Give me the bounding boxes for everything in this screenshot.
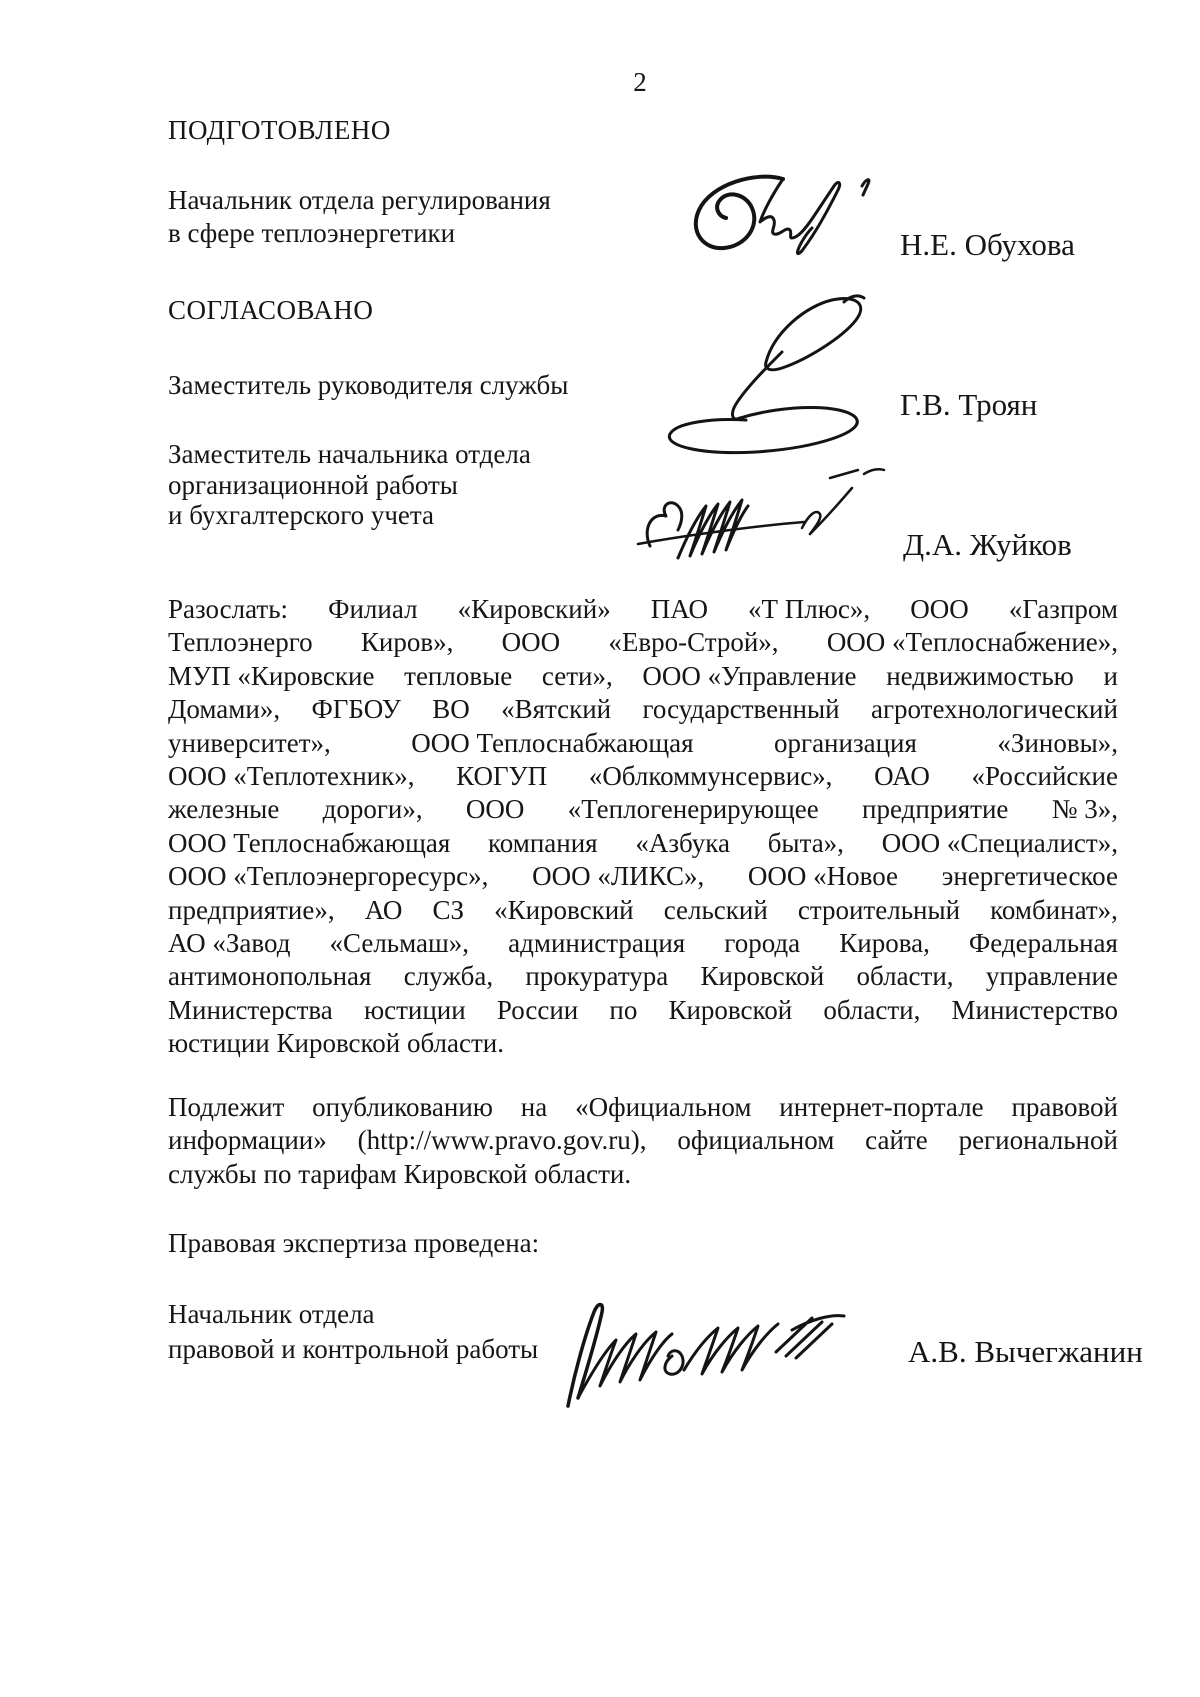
legal-review-title: Начальник отдела правовой и контрольной …	[168, 1297, 538, 1367]
title-line: Начальник отдела	[168, 1297, 538, 1332]
title-line: организационной работы	[168, 470, 531, 501]
paragraph-line: университет»,ООО Теплоснабжающаяорганиза…	[168, 727, 1118, 760]
legal-review-heading: Правовая экспертиза проведена:	[168, 1227, 539, 1260]
agreed-signer-1-name: Г.В. Троян	[900, 387, 1037, 423]
paragraph-line: ТеплоэнергоКиров»,ООО«Евро-Строй»,ООО «Т…	[168, 626, 1118, 659]
paragraph-line: железныедороги»,ООО«Теплогенерирующеепре…	[168, 793, 1118, 826]
paragraph-line: ООО Теплоснабжающаякомпания«Азбукабыта»,…	[168, 827, 1118, 860]
agreed-heading: СОГЛАСОВАНО	[168, 294, 373, 327]
title-line: в сфере теплоэнергетики	[168, 217, 551, 250]
paragraph-line: предприятие»,АОСЗ«Кировскийсельскийстрои…	[168, 894, 1118, 927]
paragraph-line: ООО «Теплоэнергоресурс»,ООО «ЛИКС»,ООО «…	[168, 860, 1118, 893]
paragraph-line: Подлежитопубликованиюна«Официальноминтер…	[168, 1091, 1118, 1124]
publication-paragraph: Подлежитопубликованиюна«Официальноминтер…	[168, 1091, 1118, 1191]
paragraph-line: Домами»,ФГБОУВО«Вятскийгосударственныйаг…	[168, 693, 1118, 726]
page-number: 2	[560, 67, 720, 98]
paragraph-line: АО «Завод«Сельмаш»,администрациягородаКи…	[168, 927, 1118, 960]
agreed-signer-2-name: Д.А. Жуйков	[903, 527, 1072, 563]
paragraph-line: МинистерстваюстицииРоссиипоКировскойобла…	[168, 994, 1118, 1027]
distribution-paragraph: Разослать:Филиал«Кировский»ПАО«Т Плюс»,О…	[168, 593, 1118, 1061]
paragraph-last-line: службы по тарифам Кировской области.	[168, 1158, 1118, 1191]
troyan-signature-icon	[646, 292, 874, 460]
prepared-signer-name: Н.Е. Обухова	[900, 227, 1075, 263]
paragraph-line: информации»(http://www.pravo.gov.ru),офи…	[168, 1124, 1118, 1157]
paragraph-last-line: юстиции Кировской области.	[168, 1027, 1118, 1060]
title-line: правовой и контрольной работы	[168, 1332, 538, 1367]
title-line: и бухгалтерского учета	[168, 500, 531, 531]
prepared-entry-title: Начальник отдела регулирования в сфере т…	[168, 184, 551, 250]
paragraph-line: МУП «Кировскиетепловыесети»,ООО «Управле…	[168, 660, 1118, 693]
paragraph-line: ООО «Теплотехник»,КОГУП«Облкоммунсервис»…	[168, 760, 1118, 793]
title-line: Начальник отдела регулирования	[168, 184, 551, 217]
title-line: Заместитель руководителя службы	[168, 369, 568, 402]
vychegzhanin-signature-icon	[560, 1300, 905, 1415]
legal-review-signer-name: А.В. Вычегжанин	[908, 1334, 1143, 1370]
agreed-entry-1-title: Заместитель руководителя службы	[168, 369, 568, 402]
obukhova-signature-icon	[686, 170, 878, 272]
title-line: Заместитель начальника отдела	[168, 439, 531, 470]
prepared-heading: ПОДГОТОВЛЕНО	[168, 114, 391, 147]
agreed-entry-2-title: Заместитель начальника отдела организаци…	[168, 439, 531, 531]
zhuikov-signature-icon	[634, 460, 890, 572]
document-page: 2 ПОДГОТОВЛЕНО Начальник отдела регулиро…	[0, 0, 1200, 1697]
paragraph-line: антимонопольнаяслужба,прокуратураКировск…	[168, 960, 1118, 993]
paragraph-line: Разослать:Филиал«Кировский»ПАО«Т Плюс»,О…	[168, 593, 1118, 626]
